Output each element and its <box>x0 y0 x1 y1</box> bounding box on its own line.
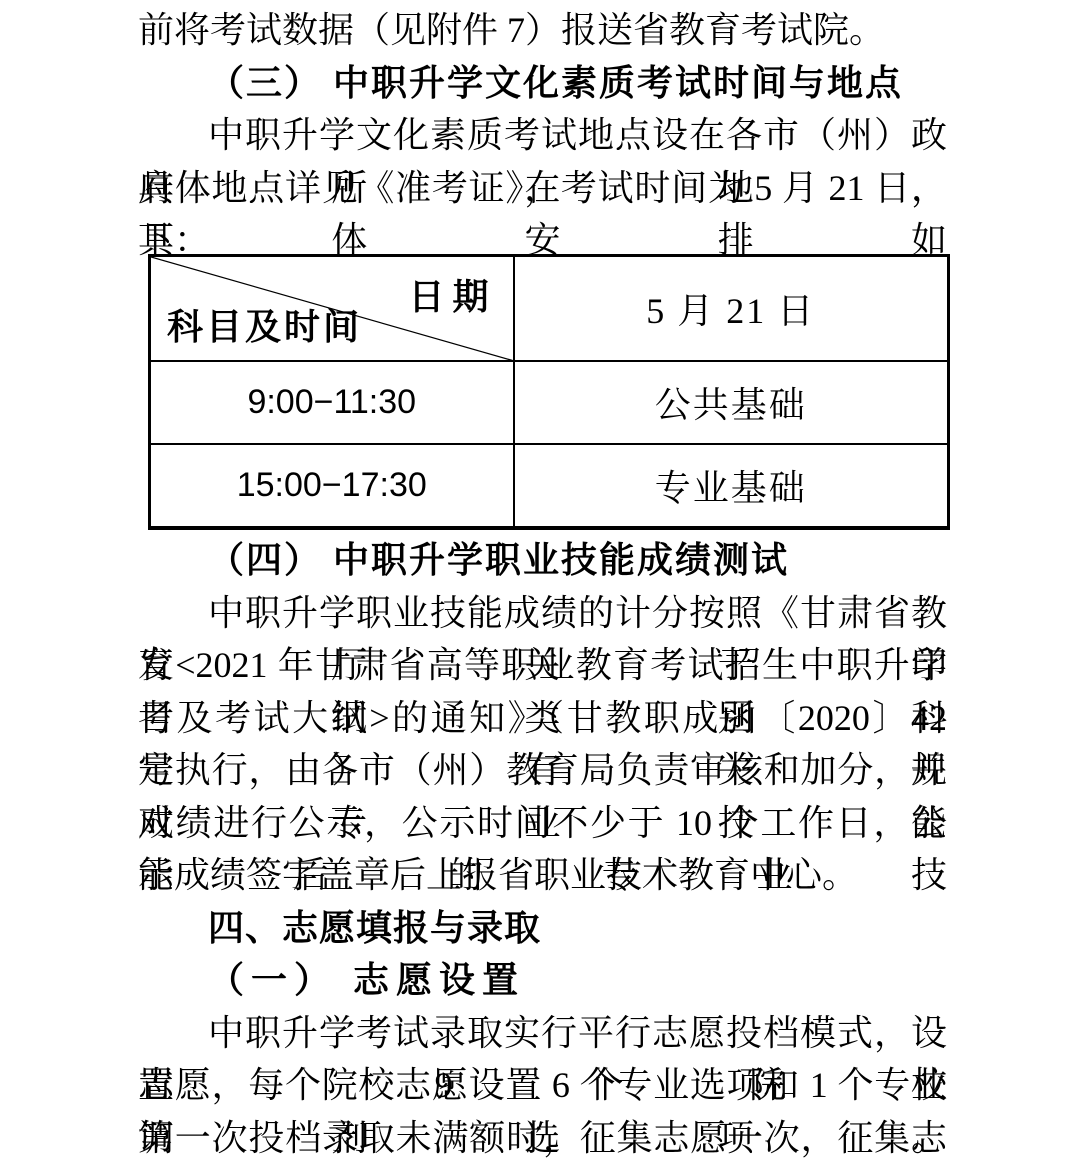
paragraph-line: 中职升学考试录取实行平行志愿投档模式，设置 9 个院校 <box>138 1007 947 1060</box>
table-row: 9:00−11:30 公共基础 <box>150 361 949 444</box>
table-row: 15:00−17:30 专业基础 <box>150 444 949 528</box>
exam-schedule-table: 日期 科目及时间 5 月 21 日 9:00−11:30 公共基础 15:00−… <box>148 254 950 531</box>
paragraph-continuation-line: 前将考试数据（见附件 7）报送省教育考试院。 <box>138 4 947 57</box>
paragraph-line: 定执行，由各市（州）教育局负责审核和加分，并对专业技能 <box>138 744 947 797</box>
table-corner-cell: 日期 科目及时间 <box>150 255 514 361</box>
paragraph-line: 中职升学文化素质考试地点设在各市（州）政府所在地， <box>138 109 947 162</box>
corner-label-date: 日期 <box>408 269 496 320</box>
paragraph-line: 具体地点详见《准考证》，考试时间为 5 月 21 日，具体安排如 <box>138 162 947 215</box>
date-header-cell: 5 月 21 日 <box>514 255 949 361</box>
corner-label-subject-time: 科目及时间 <box>167 299 362 350</box>
paragraph-line: 发<2021 年甘肃省高等职业教育考试招生中职升学考试类别科 <box>138 639 947 692</box>
paragraph-line: 目及考试大纲>的通知》（甘教职成函〔2020〕42 号）有关规 <box>138 692 947 745</box>
section-heading-3: （三） 中职升学文化素质考试时间与地点 <box>138 57 947 110</box>
paragraph-line: 中职升学职业技能成绩的计分按照《甘肃省教育厅关于印 <box>138 587 947 640</box>
section-heading-4: （四） 中职升学职业技能成绩测试 <box>138 534 947 587</box>
table-header-row: 日期 科目及时间 5 月 21 日 <box>150 255 949 361</box>
subject-cell: 公共基础 <box>514 361 949 444</box>
time-cell: 15:00−17:30 <box>150 444 514 528</box>
part-heading-4: 四、志愿填报与录取 <box>138 902 947 955</box>
paragraph-line: 志愿，每个院校志愿设置 6 个专业选项和 1 个专业调剂选项。 <box>138 1059 947 1112</box>
subject-cell: 专业基础 <box>514 444 949 528</box>
paragraph-line: 能成绩签字盖章后上报省职业技术教育中心。 <box>138 849 947 902</box>
paragraph-line: 第一次投档录取未满额时，征集志愿一次，征集志愿设置与第 <box>138 1112 947 1164</box>
paragraph-line: 成绩进行公示，公示时间不少于 10 个工作日，公示后的专业技 <box>138 797 947 850</box>
time-cell: 9:00−11:30 <box>150 361 514 444</box>
document-page: 前将考试数据（见附件 7）报送省教育考试院。 （三） 中职升学文化素质考试时间与… <box>0 0 1080 1164</box>
section-heading-1: （一） 志愿设置 <box>138 954 947 1007</box>
